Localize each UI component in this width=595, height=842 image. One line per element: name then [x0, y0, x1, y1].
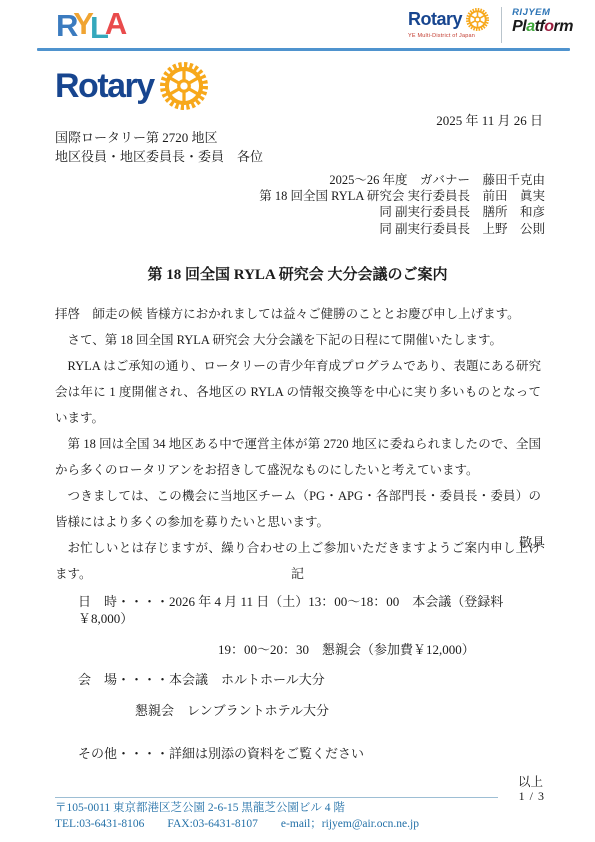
detail-row-venue: 会 場・・・・本会議 ホルトホール大分 — [55, 671, 541, 688]
rijyem-platform-logo: RIJYEM Platform — [501, 7, 573, 43]
detail-row-party-time: 19：00～20：30 懇親会（参加費￥12,000） — [55, 641, 541, 658]
letter-body: 拝啓 師走の候 皆様方におかれましては益々ご健勝のこととお慶び申し上げます。 さ… — [55, 301, 541, 587]
footer-address: 〒105-0011 東京都港区芝公園 2-6-15 黒龍芝公園ビル 4 階 — [55, 800, 419, 816]
ryla-letter-l: L — [90, 10, 105, 45]
detail-text: 19：00～20：30 懇親会（参加費￥12,000） — [218, 642, 475, 657]
rotary-logo-large: Rotary — [55, 60, 210, 112]
header-logo-cluster: Rotary YE Multi-District of Japan RIJYEM… — [408, 7, 573, 43]
paragraph: 第 18 回は全国 34 地区ある中で運営主体が第 2720 地区に委ねられまし… — [55, 431, 541, 483]
detail-row-other: その他・・・・詳細は別添の資料をご覧ください — [55, 745, 541, 762]
rotary-gear-icon — [465, 7, 490, 32]
sender-line: 同 副実行委員長 上野 公則 — [259, 221, 545, 237]
recipient-line: 国際ロータリー第 2720 地区 — [55, 128, 263, 147]
footer-contact: TEL:03-6431-8106 FAX:03-6431-8107 e-mail… — [55, 816, 419, 832]
record-heading: 記 — [0, 563, 595, 582]
rotary-subtitle: YE Multi-District of Japan — [408, 33, 490, 39]
page-number: 1 / 3 — [519, 789, 545, 804]
letter-date: 2025 年 11 月 26 日 — [436, 110, 543, 129]
rotary-gear-icon — [158, 60, 210, 112]
detail-text: 懇親会 レンブラントホテル大分 — [135, 703, 329, 718]
header-divider — [37, 48, 570, 51]
ryla-logo: RYLA — [56, 10, 123, 41]
letter-page: RYLA Rotary YE Multi-District of Japan R… — [0, 0, 595, 842]
detail-label: その他・・・・ — [78, 746, 169, 761]
paragraph: 拝啓 師走の候 皆様方におかれましては益々ご健勝のこととお慶び申し上げます。 — [55, 301, 541, 327]
recipient-line: 地区役員・地区委員長・委員 各位 — [55, 147, 263, 166]
sender-line: 2025～26 年度 ガバナー 藤田千克由 — [259, 172, 545, 188]
paragraph: つきましては、この機会に当地区チーム（PG・APG・各部門長・委員長・委員）の皆… — [55, 483, 541, 535]
detail-row-party-venue: 懇親会 レンブラントホテル大分 — [55, 702, 541, 719]
detail-text: 詳細は別添の資料をご覧ください — [169, 746, 364, 761]
detail-row-datetime: 日 時・・・・2026 年 4 月 11 日（土）13：00～18：00 本会議… — [55, 593, 541, 627]
footer-divider — [55, 797, 498, 798]
detail-label: 日 時・・・・ — [78, 594, 169, 609]
paragraph: RYLA はご承知の通り、ロータリーの青少年育成プログラムであり、表題にある研究… — [55, 353, 541, 431]
paragraph: さて、第 18 回全国 RYLA 研究会 大分会議を下記の日程にて開催いたします… — [55, 327, 541, 353]
event-details: 日 時・・・・2026 年 4 月 11 日（土）13：00～18：00 本会議… — [55, 593, 541, 775]
sender-block: 2025～26 年度 ガバナー 藤田千克由 第 18 回全国 RYLA 研究会 … — [259, 172, 545, 237]
rotary-wordmark-large: Rotary — [55, 67, 154, 106]
rotary-wordmark-small: Rotary — [408, 9, 462, 30]
end-mark: 以上 — [518, 772, 543, 790]
footer-contact-block: 〒105-0011 東京都港区芝公園 2-6-15 黒龍芝公園ビル 4 階 TE… — [55, 800, 419, 832]
closing-keigu: 敬具 — [519, 532, 545, 551]
sender-line: 同 副実行委員長 膳所 和彦 — [259, 204, 545, 220]
detail-label: 会 場・・・・ — [78, 672, 169, 687]
recipient-block: 国際ロータリー第 2720 地区 地区役員・地区委員長・委員 各位 — [55, 128, 263, 166]
ryla-letter-r: R — [56, 8, 73, 43]
detail-text: 本会議 ホルトホール大分 — [169, 672, 325, 687]
rotary-japan-logo: Rotary YE Multi-District of Japan — [408, 7, 490, 39]
sender-line: 第 18 回全国 RYLA 研究会 実行委員長 前田 眞実 — [259, 188, 545, 204]
rijyem-wordmark: RIJYEM — [512, 7, 573, 18]
letter-title: 第 18 回全国 RYLA 研究会 大分会議のご案内 — [0, 263, 595, 284]
ryla-letter-a: A — [105, 6, 123, 41]
ryla-letter-y: Y — [73, 6, 90, 41]
platform-wordmark: Platform — [512, 18, 573, 35]
